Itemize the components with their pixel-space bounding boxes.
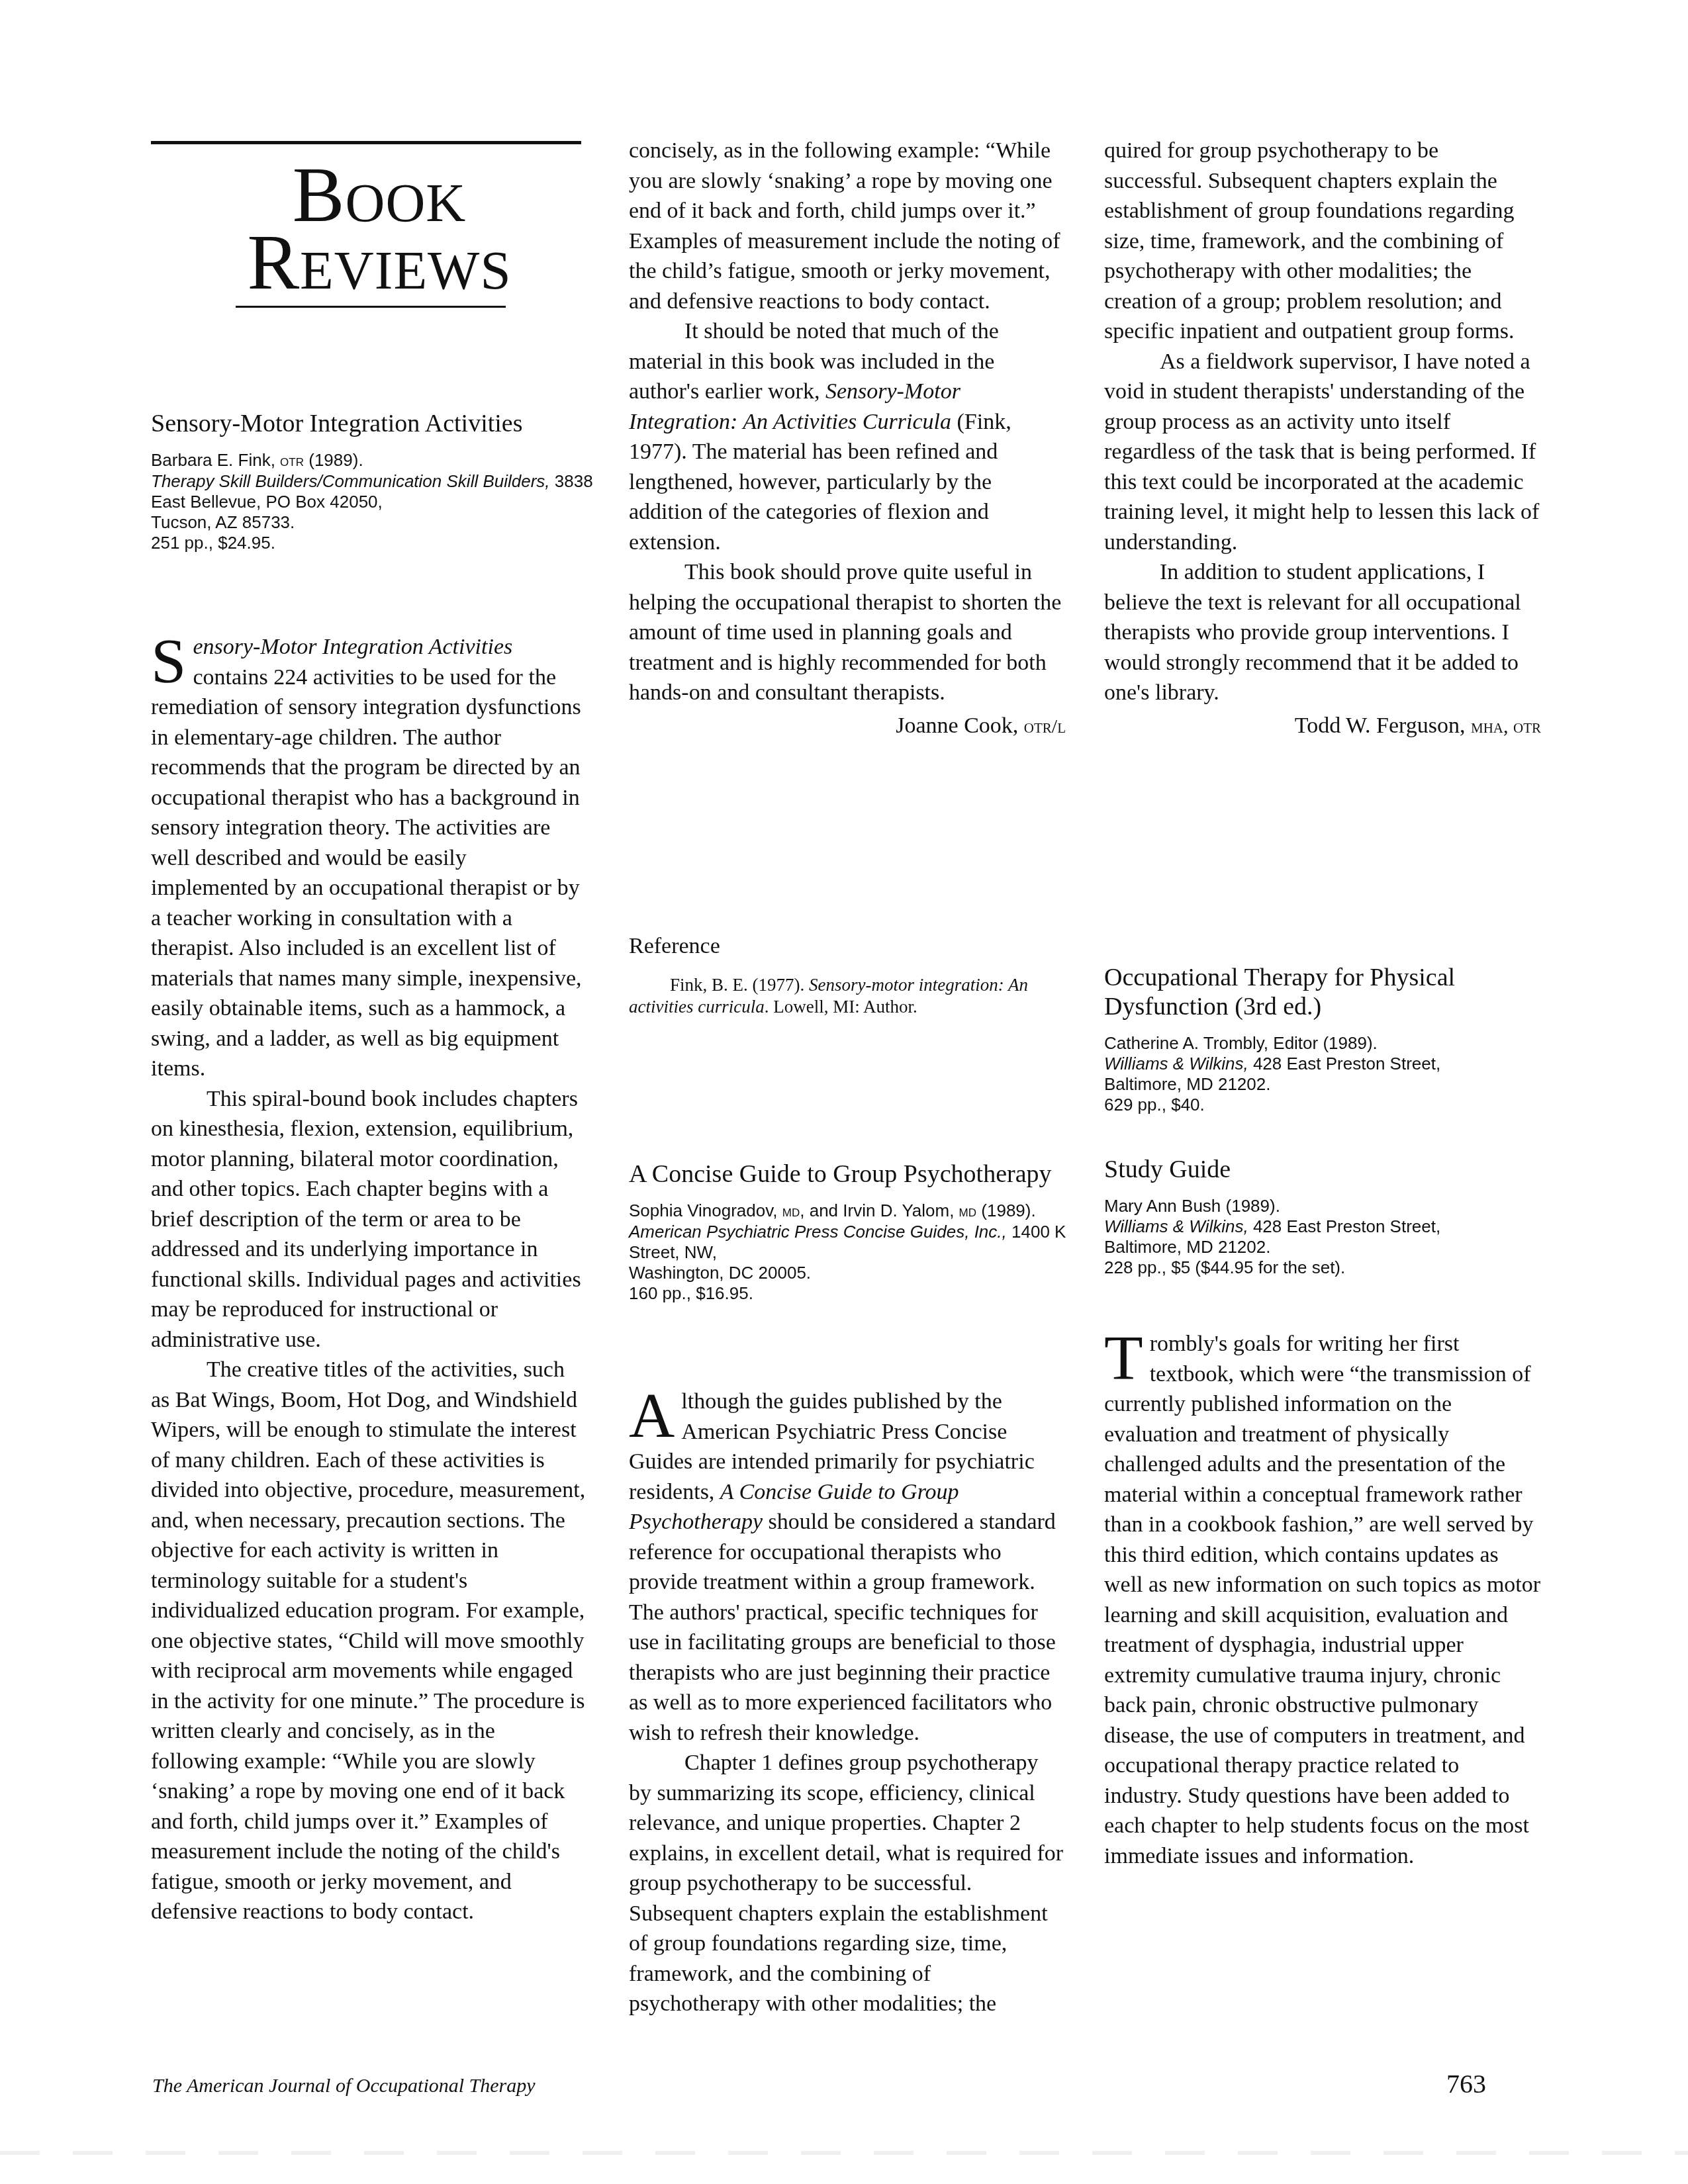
review-meta: Catherine A. Trombly, Editor (1989). Wil…: [1104, 1033, 1554, 1115]
continued-text: quired for group psychotherapy to be suc…: [1104, 136, 1541, 347]
scan-artifact: [0, 2151, 1688, 2155]
reference-section: Reference Fink, B. E. (1977). Sensory-mo…: [629, 933, 1066, 1018]
journal-page: Book Reviews Sensory-Motor Integration A…: [0, 0, 1688, 2184]
review-1-header: Sensory-Motor Integration Activities Bar…: [151, 409, 601, 553]
review-meta: Barbara E. Fink, otr (1989). Therapy Ski…: [151, 450, 601, 553]
review-title: A Concise Guide to Group Psychotherapy: [629, 1160, 1079, 1189]
journal-name: The American Journal of Occupational The…: [152, 2075, 536, 2097]
study-guide-title: Study Guide: [1104, 1155, 1554, 1184]
reference-entry: Fink, B. E. (1977). Sensory-motor integr…: [629, 974, 1066, 1018]
review-1-continued: concisely, as in the following example: …: [629, 136, 1066, 741]
review-title: Sensory-Motor Integration Activities: [151, 409, 601, 438]
study-guide-meta: Mary Ann Bush (1989). Williams & Wilkins…: [1104, 1196, 1554, 1278]
page-number: 763: [1446, 2068, 1486, 2099]
continued-text: concisely, as in the following example: …: [629, 136, 1066, 316]
drop-cap: A: [629, 1390, 675, 1441]
section-title: Book Reviews: [177, 161, 581, 296]
masthead: Book Reviews: [151, 141, 581, 308]
review-1-body: Sensory-Motor Integration Activities con…: [151, 632, 588, 2009]
masthead-bottom-rule: [236, 306, 506, 308]
review-3-body: Trombly's goals for writing her first te…: [1104, 1329, 1541, 1871]
publisher-name: Therapy Skill Builders/Communication Ski…: [151, 471, 550, 491]
pages-price: 251 pp., $24.95.: [151, 533, 601, 553]
review-2-body: Although the guides published by the Ame…: [629, 1387, 1066, 2015]
review-2-header: A Concise Guide to Group Psychotherapy S…: [629, 1160, 1079, 1304]
study-guide-header: Study Guide Mary Ann Bush (1989). Willia…: [1104, 1155, 1554, 1278]
pages-price: 629 pp., $40.: [1104, 1095, 1554, 1115]
masthead-top-rule: [151, 141, 581, 144]
publisher-name: American Psychiatric Press Concise Guide…: [629, 1222, 1007, 1242]
publisher-name: Williams & Wilkins,: [1104, 1054, 1248, 1073]
review-meta: Sophia Vinogradov, md, and Irvin D. Yalo…: [629, 1201, 1079, 1304]
reviewer-signature: Joanne Cook, otr/l: [629, 711, 1066, 741]
publisher-name: Williams & Wilkins,: [1104, 1216, 1248, 1236]
review-title: Occupational Therapy for Physical Dysfun…: [1104, 963, 1554, 1021]
drop-cap: T: [1104, 1333, 1143, 1383]
reference-heading: Reference: [629, 933, 1066, 960]
pages-price: 160 pp., $16.95.: [629, 1283, 1079, 1304]
drop-cap: S: [151, 636, 186, 686]
reviewer-signature: Todd W. Ferguson, mha, otr: [1104, 711, 1541, 741]
review-3-header: Occupational Therapy for Physical Dysfun…: [1104, 963, 1554, 1115]
pages-price: 228 pp., $5 ($44.95 for the set).: [1104, 1257, 1554, 1278]
review-2-continued: quired for group psychotherapy to be suc…: [1104, 136, 1541, 741]
